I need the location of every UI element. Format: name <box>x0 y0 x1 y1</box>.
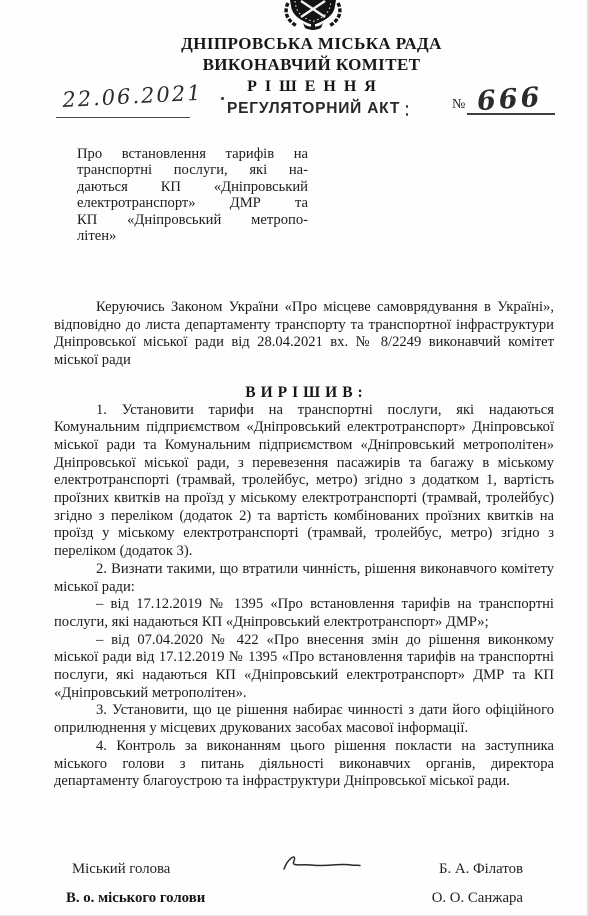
resolved-heading: ВИРІШИВ: <box>54 384 554 402</box>
coat-of-arms-icon <box>282 0 344 31</box>
org-name: ДНІПРОВСЬКА МІСЬКА РАДА <box>17 33 589 54</box>
date-underline <box>56 117 190 118</box>
signature-row-acting-mayor: В. о. міського голови О. О. Санжара <box>66 890 523 907</box>
stamp-dot <box>406 113 409 116</box>
document-page: ДНІПРОВСЬКА МІСЬКА РАДА ВИКОНАВЧИЙ КОМІТ… <box>0 0 589 916</box>
subject-line: літен» <box>77 228 308 244</box>
number-sign: № <box>452 97 465 113</box>
item-1: 1. Установити тарифи на транспортні посл… <box>54 402 554 561</box>
signature-name: О. О. Санжара <box>432 890 523 907</box>
signature-title: Міський голова <box>72 861 170 878</box>
item-2-subitem-1: – від 17.12.2019 № 1395 «Про встановленн… <box>54 596 554 631</box>
item-2-subitem-2: – від 07.04.2020 № 422 «Про внесення змі… <box>54 632 554 703</box>
item-2: 2. Визнати такими, що втратили чинність,… <box>54 561 554 596</box>
regulatory-act-stamp: РЕГУЛЯТОРНИЙ АКТ <box>227 100 400 118</box>
handwritten-signature <box>281 853 363 877</box>
preamble-paragraph: Керуючись Законом України «Про місцеве с… <box>54 299 554 370</box>
stamp-text: РЕГУЛЯТОРНИЙ АКТ <box>227 100 400 117</box>
org-unit: ВИКОНАВЧИЙ КОМІТЕТ <box>17 54 589 75</box>
subject-block: Про встановлення тарифів на транспортні … <box>77 146 308 244</box>
subject-line: КП «Дніпровський метропо- <box>77 212 308 228</box>
subject-line: даються КП «Дніпровський <box>77 179 308 195</box>
stamp-dot <box>406 105 409 108</box>
subject-line: електротранспорт» ДМР та <box>77 195 308 211</box>
item-3: 3. Установити, що це рішення набирає чин… <box>54 702 554 737</box>
item-4: 4. Контроль за виконанням цього рішення … <box>54 738 554 791</box>
signature-title: В. о. міського голови <box>66 890 205 907</box>
document-body: Керуючись Законом України «Про місцеве с… <box>54 299 554 791</box>
number-underline <box>467 113 555 115</box>
subject-line: транспортні послуги, які на- <box>77 162 308 178</box>
stamp-dot <box>221 97 224 100</box>
handwritten-number: 666 <box>476 82 543 117</box>
subject-line: Про встановлення тарифів на <box>77 146 308 162</box>
signature-name: Б. А. Філатов <box>439 861 523 878</box>
